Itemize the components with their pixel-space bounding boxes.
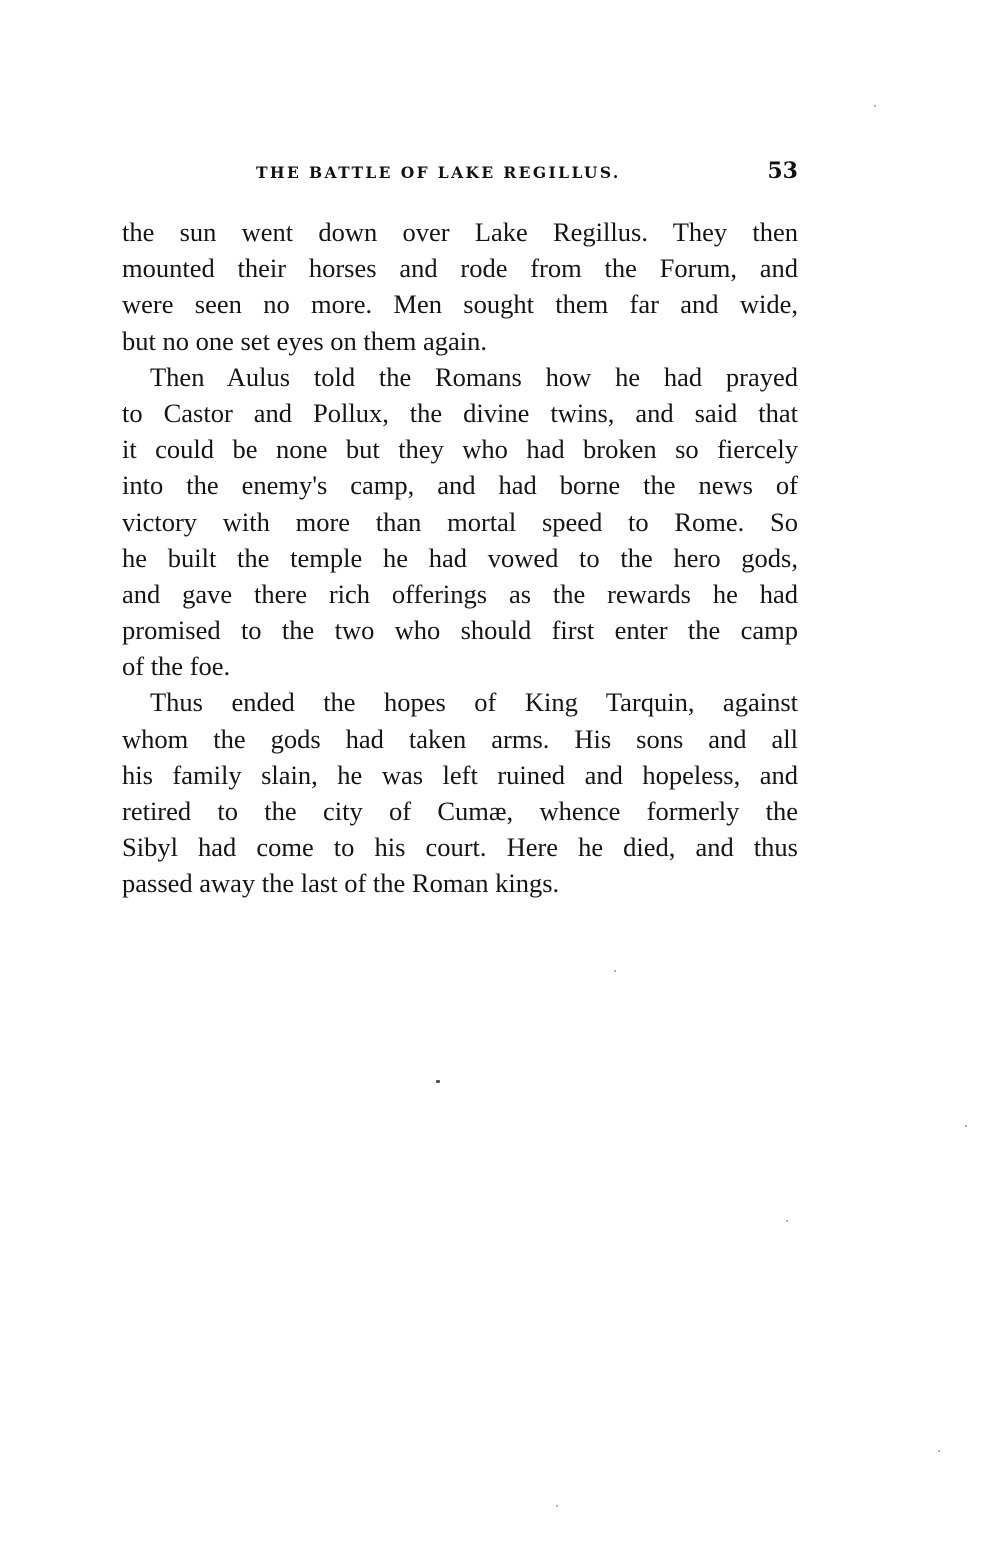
page-number: 53 [767, 158, 798, 184]
scan-speck [965, 1125, 967, 1127]
scan-speck [786, 1220, 788, 1222]
scan-speck [436, 1080, 440, 1083]
text-line: but no one set eyes on them again. [122, 323, 798, 359]
text-line: whom the gods had taken arms. His sons a… [122, 721, 798, 757]
paragraph-2: Then Aulus told the Romans how he had pr… [122, 359, 798, 685]
text-line: Then Aulus told the Romans how he had pr… [122, 359, 798, 395]
scan-speck [556, 1505, 558, 1507]
scan-speck [614, 970, 616, 972]
text-line: his family slain, he was left ruined and… [122, 757, 798, 793]
text-line: promised to the two who should first ent… [122, 612, 798, 648]
text-line: passed away the last of the Roman kings. [122, 865, 798, 901]
body-text: the sun went down over Lake Regillus. Th… [122, 214, 798, 902]
text-line: Thus ended the hopes of King Tarquin, ag… [122, 684, 798, 720]
scan-speck [938, 1450, 940, 1452]
text-line: it could be none but they who had broken… [122, 431, 798, 467]
text-line: were seen no more. Men sought them far a… [122, 286, 798, 322]
paragraph-1: the sun went down over Lake Regillus. Th… [122, 214, 798, 359]
text-line: into the enemy's camp, and had borne the… [122, 467, 798, 503]
text-line: retired to the city of Cumæ, whence form… [122, 793, 798, 829]
running-title: THE BATTLE OF LAKE REGILLUS. [256, 163, 621, 182]
scan-speck [874, 105, 876, 107]
running-head: THE BATTLE OF LAKE REGILLUS. 53 [122, 160, 798, 190]
text-line: to Castor and Pollux, the divine twins, … [122, 395, 798, 431]
text-line: he built the temple he had vowed to the … [122, 540, 798, 576]
text-line: mounted their horses and rode from the F… [122, 250, 798, 286]
text-line: victory with more than mortal speed to R… [122, 504, 798, 540]
text-line: the sun went down over Lake Regillus. Th… [122, 214, 798, 250]
text-line: Sibyl had come to his court. Here he die… [122, 829, 798, 865]
book-page: THE BATTLE OF LAKE REGILLUS. 53 the sun … [0, 0, 1000, 1544]
text-line: of the foe. [122, 648, 798, 684]
text-line: and gave there rich offerings as the rew… [122, 576, 798, 612]
paragraph-3: Thus ended the hopes of King Tarquin, ag… [122, 684, 798, 901]
